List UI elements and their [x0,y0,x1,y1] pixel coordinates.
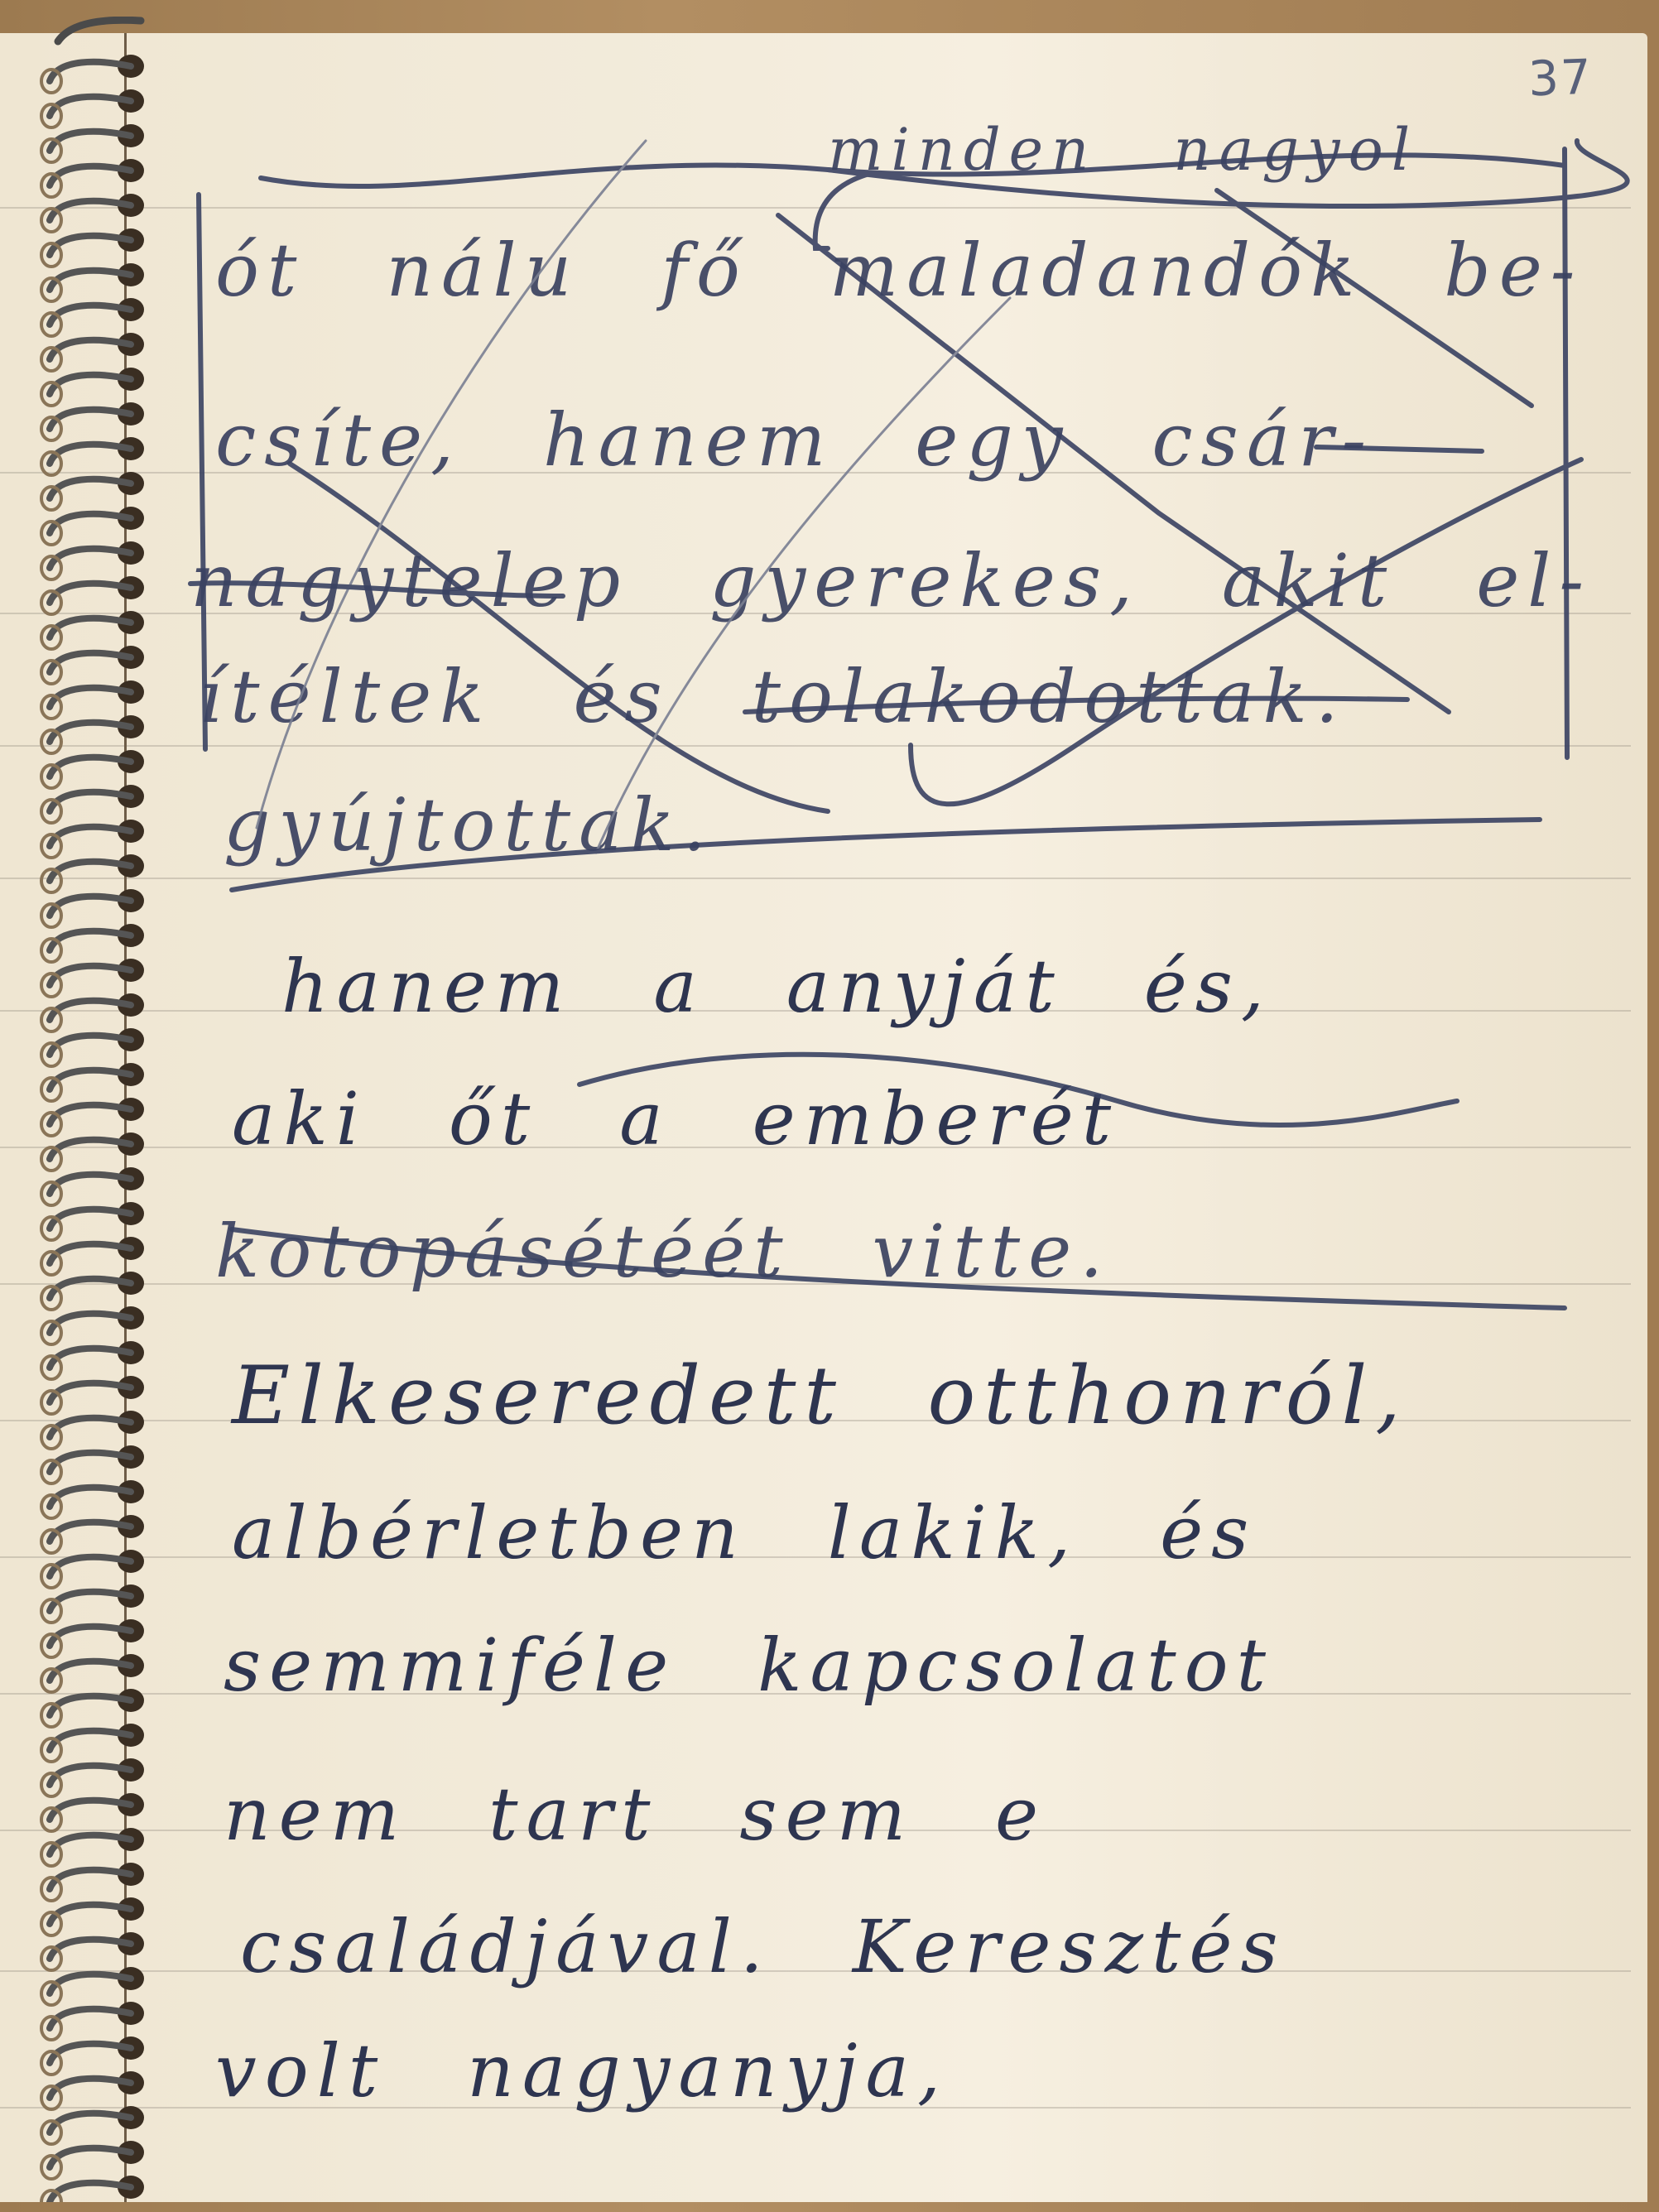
page-number: 37 [1527,49,1594,108]
ruled-line [0,207,1631,209]
text-line-6: semmiféle kapcsolatot [224,1623,1560,1708]
ruled-line [0,878,1631,879]
text-line-8: családjával. Keresztés [240,1904,1560,1989]
text-line-4: Elkeseredett otthonról, [232,1349,1560,1442]
text-line-1: hanem a anyját és, [281,944,1560,1029]
ruled-line [0,745,1631,747]
boxed-line-1: ót nálu fő maladandók be- [215,228,1560,313]
text-line-7: nem tart sem e [224,1772,1560,1857]
text-line-9: volt nagyanyja, [215,2028,1560,2113]
struck-header-text: minden nagyol [828,116,1560,184]
boxed-line-4: ítéltek és tolakodottak. [199,654,1560,739]
boxed-line-2: csíte, hanem egy csár- [215,397,1560,483]
spiral-binding [25,17,149,2202]
boxed-line-3: nagytelep gyerekes, akit el- [190,538,1560,623]
text-line-5: albérletben lakik, és [232,1490,1560,1575]
boxed-line-5: gyújtottak. [224,782,1560,868]
text-line-2: aki őt a emberét [232,1076,1560,1161]
text-line-3: kotopásétéét vitte. [215,1209,1560,1294]
